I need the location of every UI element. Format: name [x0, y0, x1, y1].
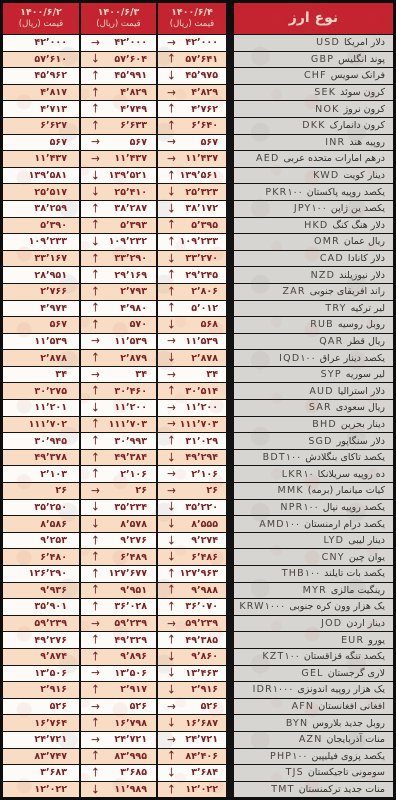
price-cell-day2: → ۲۶: [81, 483, 158, 499]
table-row: ۱۲۶٬۲۹۰ ↑ ۱۲۷٬۶۷۷ ↑ ۱۲۷٬۹۶۳ THB۱۰۰ یکصد …: [3, 565, 393, 582]
price-cell-day1: ۵۶۷: [3, 317, 81, 333]
price-value-day1: ۳٬۶۸۳: [40, 767, 67, 778]
trend-same-icon: →: [91, 152, 100, 166]
table-row: ۳۰٬۹۴۵ ↑ ۳۰٬۹۹۳ ↑ ۳۱٬۰۲۹ SGD دلار سنگاپو…: [3, 432, 393, 449]
table-row: ۴۹٬۲۷۶ ↑ ۴۹٬۳۲۹ ↑ ۴۹٬۳۸۵ EUR یورو: [3, 631, 393, 648]
price-cell-day3: → ۱۱٬۴۳۷: [158, 151, 228, 167]
currency-code: AFN: [292, 701, 315, 712]
trend-down-icon: ↓: [167, 650, 176, 664]
currency-name: یکصد ین ژاپن: [331, 203, 385, 214]
header-price-label-3: قیمت (ریال): [170, 19, 214, 30]
price-value-day3: ۳۰٬۵۱۴: [185, 386, 218, 397]
currency-cell: BDT۱۰۰ یکصد تاکای بنگلادش: [228, 450, 393, 466]
price-value-day2: ۱۱٬۴۳۷: [114, 153, 147, 164]
price-cell-day1: ۱۳۹٬۵۸۱: [3, 168, 81, 184]
price-value-day2: ۱۲۷٬۶۷۷: [109, 568, 147, 579]
price-value-day2: ۲٬۷۹۳: [120, 286, 147, 297]
currency-code: DKK: [302, 120, 325, 131]
price-value-day2: ۸۳٬۹۹۵: [114, 751, 147, 762]
price-value-day1: ۱۳۹٬۵۸۱: [29, 170, 67, 181]
currency-name: یکصد تنگه قزاقستان: [304, 651, 385, 662]
trend-up-icon: ↑: [91, 384, 100, 398]
price-value-day3: ۵۹٬۲۳۹: [185, 618, 218, 629]
currency-code: ZAR: [282, 286, 305, 297]
currency-code: USD: [316, 37, 340, 48]
price-value-day3: ۴۲٬۰۰۰: [185, 37, 218, 48]
trend-same-icon: →: [91, 666, 100, 680]
price-cell-day3: → ۳۴: [158, 367, 228, 383]
trend-down-icon: ↓: [167, 716, 176, 730]
currency-cell: CAD دلار کانادا: [228, 251, 393, 267]
trend-down-icon: ↓: [167, 451, 176, 465]
currency-name: درهم امارات متحده عربی: [283, 153, 385, 164]
price-cell-day3: → ۱۱٬۵۳۹: [158, 334, 228, 350]
price-cell-day1: ۱۶٬۷۶۴: [3, 715, 81, 731]
currency-cell: USD دلار امریکا: [228, 35, 393, 51]
currency-cell: TJS سومونی تاجیکستان: [228, 765, 393, 781]
price-cell-day1: ۳۵٬۲۵۰: [3, 500, 81, 516]
currency-name: دینار بحرین: [341, 419, 385, 430]
trend-up-icon: ↑: [91, 633, 100, 647]
price-cell-day1: ۲۸٬۹۵۱: [3, 267, 81, 283]
price-value-day1: ۵۷٬۶۱۰: [34, 54, 67, 65]
price-cell-day2: ↑ ۴۹٬۳۸۴: [81, 450, 158, 466]
currency-code: KZT۱۰۰: [262, 651, 299, 662]
currency-code: MMK: [278, 485, 304, 496]
price-value-day1: ۵۶۷: [50, 319, 67, 330]
price-cell-day2: ↑ ۴٬۸۲۹: [81, 85, 158, 101]
price-value-day1: ۴٬۸۱۷: [40, 87, 67, 98]
table-row: ۴٬۸۱۷ ↑ ۴٬۸۲۹ → ۴٬۸۲۹ SEK کرون سوئد: [3, 84, 393, 101]
currency-code: THB۱۰۰: [282, 568, 320, 579]
price-value-day1: ۴۵٬۹۶۲: [34, 70, 67, 81]
price-value-day3: ۲٬۸۷۸: [191, 353, 218, 364]
currency-cell: SAR ریال سعودی: [228, 400, 393, 416]
price-cell-day1: ۱۱۱٬۷۰۲: [3, 417, 81, 433]
currency-code: TMT: [271, 784, 294, 795]
price-value-day3: ۱۱٬۴۳۷: [185, 153, 218, 164]
currency-code: AUD: [309, 386, 333, 397]
currency-name: دلار نیوزیلند: [339, 270, 385, 281]
currency-cell: MYR رینگیت مالزی: [228, 583, 393, 599]
table-row: ۳۳٬۱۶۷ ↑ ۳۳٬۲۹۰ ↓ ۳۳٬۲۷۰ CAD دلار کانادا: [3, 250, 393, 267]
trend-down-icon: ↓: [167, 517, 176, 531]
currency-cell: DKK کرون دانمارک: [228, 118, 393, 134]
currency-name: ریال عمان: [344, 236, 385, 247]
table-row: ۶٬۶۲۷ ↑ ۶٬۶۳۳ ↑ ۶٬۶۴۰ DKK کرون دانمارک: [3, 117, 393, 134]
price-cell-day2: ↑ ۲٬۸۷۹: [81, 350, 158, 366]
currency-name: دلار استرالیا: [338, 386, 385, 397]
price-cell-day2: ↑ ۲٬۷۹۳: [81, 284, 158, 300]
price-cell-day2: ↑ ۳۰٬۹۹۳: [81, 433, 158, 449]
trend-up-icon: ↑: [91, 119, 100, 133]
trend-up-icon: ↑: [91, 451, 100, 465]
price-cell-day1: ۴۲٬۰۰۰: [3, 35, 81, 51]
price-value-day1: ۱۱۱٬۷۰۲: [29, 419, 67, 430]
currency-name: ده روپیه سریلانکا: [318, 469, 385, 480]
price-value-day1: ۱۲۶٬۲۹۰: [29, 568, 67, 579]
currency-cell: LYD دینار لیبی: [228, 533, 393, 549]
currency-cell: KZT۱۰۰ یکصد تنگه قزاقستان: [228, 649, 393, 665]
currency-name: یکصد روپیه پاکستان: [307, 187, 385, 198]
trend-down-icon: ↓: [167, 69, 176, 83]
trend-up-icon: ↑: [91, 69, 100, 83]
currency-cell: AZN منات آذربایجان: [228, 732, 393, 748]
price-cell-day2: → ۵۶۷: [81, 135, 158, 151]
price-value-day2: ۱۳۹٬۵۲۱: [109, 170, 147, 181]
price-value-day2: ۳۳٬۲۹۰: [114, 253, 147, 264]
price-cell-day1: ۳۸٬۲۵۹: [3, 201, 81, 217]
price-value-day2: ۵۷٬۶۰۴: [114, 54, 147, 65]
price-cell-day3: ↑ ۱۲۷٬۹۶۳: [158, 566, 228, 582]
currency-name: دلار هنگ کنگ: [332, 220, 385, 231]
price-value-day3: ۳۸٬۱۷۲: [185, 203, 218, 214]
price-value-day2: ۲۴٬۷۲۱: [114, 734, 147, 745]
currency-cell: HKD دلار هنگ کنگ: [228, 218, 393, 234]
price-value-day3: ۱۳٬۴۶۳: [185, 668, 218, 679]
price-value-day3: ۱۰۹٬۲۳۳: [180, 236, 218, 247]
price-cell-day1: ۶٬۴۸۰: [3, 549, 81, 565]
price-value-day2: ۵۷۰: [130, 319, 147, 330]
currency-cell: ZAR راند افریقای جنوبی: [228, 284, 393, 300]
currency-cell: JOD دینار اردن: [228, 616, 393, 632]
trend-up-icon: ↑: [167, 285, 176, 299]
currency-code: INR: [325, 137, 345, 148]
price-value-day2: ۳۰٬۹۹۳: [114, 436, 147, 447]
price-cell-day1: ۵۹٬۲۳۹: [3, 616, 81, 632]
price-cell-day2: ↑ ۳۸٬۲۸۷: [81, 201, 158, 217]
price-value-day3: ۶٬۶۴۰: [191, 120, 218, 131]
trend-down-icon: ↓: [91, 517, 100, 531]
trend-down-icon: ↓: [167, 683, 176, 697]
currency-name: دلار امریکا: [344, 37, 385, 48]
currency-name: یکصد روپیه نپال: [323, 502, 385, 513]
currency-cell: GBP پوند انگلیس: [228, 52, 393, 68]
currency-name: دینار اردن: [346, 618, 385, 629]
price-value-day1: ۶٬۶۲۷: [40, 120, 67, 131]
price-cell-day3: ↑ ۳۰٬۵۱۴: [158, 383, 228, 399]
trend-same-icon: →: [167, 36, 176, 50]
trend-same-icon: →: [167, 418, 176, 432]
trend-down-icon: ↓: [167, 318, 176, 332]
price-value-day1: ۵۲۶: [50, 701, 67, 712]
trend-up-icon: ↑: [91, 467, 100, 481]
price-cell-day1: ۵۷٬۶۱۰: [3, 52, 81, 68]
price-cell-day1: ۲۴٬۷۲۱: [3, 732, 81, 748]
price-value-day3: ۱۳۹٬۵۶۱: [180, 170, 218, 181]
price-value-day2: ۱۱۱٬۷۰۳: [109, 419, 147, 430]
currency-name: کیات میانمار (برمه): [308, 485, 385, 496]
currency-type-title: نوع ارز: [289, 10, 338, 28]
price-value-day2: ۹٬۲۷۶: [120, 535, 147, 546]
trend-down-icon: ↓: [167, 666, 176, 680]
currency-code: KWD: [313, 170, 339, 181]
price-cell-day1: ۴۵٬۹۶۲: [3, 68, 81, 84]
price-cell-day3: ↑ ۲٬۸۰۶: [158, 284, 228, 300]
price-cell-day3: ↑ ۲۹٬۲۴۵: [158, 267, 228, 283]
price-value-day3: ۲۹٬۲۴۵: [185, 270, 218, 281]
trend-up-icon: ↑: [91, 418, 100, 432]
table-row: ۱۳٬۵۰۶ → ۱۳٬۵۰۶ ↓ ۱۳٬۴۶۳ GEL لاری گرجستا…: [3, 665, 393, 682]
header-date-col-3: ۱۴۰۰/۶/۴ قیمت (ریال): [158, 3, 228, 34]
price-cell-day2: → ۴۲٬۰۰۰: [81, 35, 158, 51]
trend-up-icon: ↑: [167, 633, 176, 647]
currency-cell: SEK کرون سوئد: [228, 85, 393, 101]
currency-code: NPR۱۰۰: [280, 502, 318, 513]
currency-code: JPY۱۰۰: [294, 203, 327, 214]
currency-code: LKR۱۰: [282, 469, 314, 480]
trend-same-icon: →: [167, 617, 176, 631]
price-cell-day1: ۵٬۳۹۰: [3, 218, 81, 234]
price-cell-day2: ↑ ۴٬۷۴۹: [81, 101, 158, 117]
header-date-2: ۱۴۰۰/۶/۳: [98, 7, 140, 19]
table-row: ۲٬۱۰۳ ↑ ۲٬۱۰۶ → ۲٬۱۰۶ LKR۱۰ ده روپیه سری…: [3, 465, 393, 482]
price-value-day1: ۱۱٬۵۳۹: [34, 336, 67, 347]
price-cell-day3: ↓ ۱۳٬۴۶۳: [158, 666, 228, 682]
price-cell-day2: → ۲۴٬۷۲۱: [81, 732, 158, 748]
price-value-day2: ۵۶۷: [130, 137, 147, 148]
currency-code: MYR: [303, 585, 327, 596]
price-value-day1: ۱۲٬۰۲۲: [34, 784, 67, 795]
trend-up-icon: ↑: [167, 235, 176, 249]
currency-code: AMD۱۰۰: [259, 519, 300, 530]
price-cell-day1: ۳۳٬۱۶۷: [3, 251, 81, 267]
price-cell-day3: → ۲۴٬۷۲۱: [158, 732, 228, 748]
price-cell-day2: ↑ ۴۵٬۹۹۱: [81, 68, 158, 84]
currency-code: IDR۱۰۰۰: [253, 684, 294, 695]
currency-rates-table: ۱۴۰۰/۶/۲ قیمت (ریال) ۱۴۰۰/۶/۳ قیمت (ریال…: [0, 0, 396, 800]
currency-code: CHF: [304, 70, 327, 81]
price-value-day1: ۵۹٬۲۳۹: [34, 618, 67, 629]
currency-cell: SGD دلار سنگاپور: [228, 433, 393, 449]
trend-same-icon: →: [167, 335, 176, 349]
currency-cell: CNY یوان چین: [228, 549, 393, 565]
currency-code: CNY: [322, 552, 345, 563]
price-value-day1: ۱۶٬۷۶۴: [34, 718, 67, 729]
currency-name: دینار کویت: [343, 170, 385, 181]
price-cell-day2: ↑ ۴٬۹۸۰: [81, 301, 158, 317]
price-value-day1: ۹٬۲۵۳: [40, 535, 67, 546]
price-value-day2: ۳۶٬۰۲۸: [114, 601, 147, 612]
table-row: ۹٬۲۵۳ ↑ ۹٬۲۷۶ ↓ ۹٬۲۷۴ LYD دینار لیبی: [3, 532, 393, 549]
currency-cell: AMD۱۰۰ یکصد درام ارمنستان: [228, 516, 393, 532]
price-cell-day1: ۳۵٬۹۰۱: [3, 599, 81, 615]
price-cell-day1: ۳۴: [3, 367, 81, 383]
price-cell-day2: ↑ ۱۶٬۷۹۸: [81, 715, 158, 731]
trend-up-icon: ↑: [91, 749, 100, 763]
price-cell-day2: → ۱۱٬۵۳۹: [81, 334, 158, 350]
header-price-label-1: قیمت (ریال): [19, 19, 63, 30]
trend-up-icon: ↑: [91, 683, 100, 697]
trend-up-icon: ↑: [91, 550, 100, 564]
trend-up-icon: ↑: [167, 384, 176, 398]
price-cell-day3: → ۲۶: [158, 483, 228, 499]
price-cell-day3: → ۱۱٬۲۰۰: [158, 400, 228, 416]
price-value-day3: ۶٬۴۸۶: [191, 552, 218, 563]
price-cell-day2: ↑ ۹٬۸۹۶: [81, 649, 158, 665]
currency-cell: AED درهم امارات متحده عربی: [228, 151, 393, 167]
currency-name: یورو: [368, 635, 385, 646]
price-value-day2: ۱۶٬۷۹۸: [114, 718, 147, 729]
price-cell-day1: ۸٬۵۸۶: [3, 516, 81, 532]
price-cell-day1: ۹٬۲۵۳: [3, 533, 81, 549]
currency-name: لیر ترکیه: [351, 303, 385, 314]
price-value-day1: ۵۶۷: [50, 137, 67, 148]
table-row: ۵٬۳۹۰ ↑ ۵٬۳۹۳ ↑ ۵٬۳۹۵ HKD دلار هنگ کنگ: [3, 217, 393, 234]
price-value-day1: ۲٬۹۱۶: [40, 684, 67, 695]
trend-same-icon: →: [91, 733, 100, 747]
currency-cell: IQD۱۰۰ یکصد دینار عراق: [228, 350, 393, 366]
price-cell-day1: ۲٬۷۶۶: [3, 284, 81, 300]
trend-up-icon: ↑: [167, 783, 176, 797]
price-value-day1: ۲٬۱۰۳: [40, 469, 67, 480]
currency-cell: IDR۱۰۰۰ یک هزار روپیه اندونزی: [228, 682, 393, 698]
price-cell-day3: ↑ ۴٬۷۶۲: [158, 101, 228, 117]
price-value-day3: ۴٬۷۶۲: [191, 104, 218, 115]
price-value-day2: ۳۵٬۲۳۴: [114, 502, 147, 513]
table-row: ۱۱٬۵۳۹ → ۱۱٬۵۳۹ → ۱۱٬۵۳۹ QAR ریال قطر: [3, 333, 393, 350]
currency-cell: KWD دینار کویت: [228, 168, 393, 184]
currency-cell: RUB روبل روسیه: [228, 317, 393, 333]
currency-cell: PHP۱۰۰ یکصد پزوی فیلیپین: [228, 749, 393, 765]
table-row: ۲٬۸۷۸ ↑ ۲٬۸۷۹ ↓ ۲٬۸۷۸ IQD۱۰۰ یکصد دینار …: [3, 349, 393, 366]
price-value-day3: ۲۶: [206, 485, 218, 496]
table-row: ۳۵٬۹۰۱ ↑ ۳۶٬۰۲۸ ↑ ۳۶٬۰۷۰ KRW۱۰۰۰ یک هزار…: [3, 598, 393, 615]
price-cell-day1: ۱۱٬۲۰۱: [3, 400, 81, 416]
currency-code: GEL: [301, 668, 323, 679]
header-date-col-1: ۱۴۰۰/۶/۲ قیمت (ریال): [3, 3, 81, 34]
trend-down-icon: ↓: [167, 252, 176, 266]
price-cell-day2: ↑ ۸۳٬۹۹۵: [81, 749, 158, 765]
price-cell-day2: ↑ ۲٬۱۰۶: [81, 466, 158, 482]
price-value-day3: ۱۱٬۵۳۹: [185, 336, 218, 347]
price-cell-day2: ↑ ۱۱۱٬۷۰۳: [81, 417, 158, 433]
trend-down-icon: ↓: [91, 501, 100, 515]
price-cell-day1: ۸۳٬۷۴۷: [3, 749, 81, 765]
price-cell-day1: ۴۹٬۳۷۸: [3, 450, 81, 466]
price-cell-day3: ↑ ۱۳۹٬۵۶۱: [158, 168, 228, 184]
price-value-day3: ۸٬۵۵۵: [191, 519, 218, 530]
price-value-day2: ۴٬۷۴۹: [120, 104, 147, 115]
currency-cell: PKR۱۰۰ یکصد روپیه پاکستان: [228, 184, 393, 200]
trend-same-icon: →: [167, 135, 176, 149]
price-value-day1: ۱۱٬۴۳۷: [34, 153, 67, 164]
currency-name: یک هزار روپیه اندونزی: [297, 684, 385, 695]
trend-same-icon: →: [91, 368, 100, 382]
currency-code: NOK: [315, 104, 339, 115]
table-row: ۹٬۹۳۶ ↑ ۹٬۹۵۱ ↑ ۹٬۹۸۸ MYR رینگیت مالزی: [3, 582, 393, 599]
price-cell-day3: → ۴٬۸۲۹: [158, 85, 228, 101]
trend-up-icon: ↑: [167, 301, 176, 315]
currency-name: کرون دانمارک: [330, 120, 385, 131]
currency-cell: INR روپیه هند: [228, 135, 393, 151]
price-cell-day3: ↓ ۵۶۸: [158, 317, 228, 333]
trend-down-icon: ↓: [167, 534, 176, 548]
price-cell-day1: ۴٬۸۱۷: [3, 85, 81, 101]
price-value-day1: ۱۳٬۵۰۶: [34, 668, 67, 679]
trend-up-icon: ↑: [91, 650, 100, 664]
price-value-day2: ۴۹٬۳۸۴: [114, 452, 147, 463]
price-cell-day3: ↓ ۹٬۲۷۴: [158, 533, 228, 549]
table-header: ۱۴۰۰/۶/۲ قیمت (ریال) ۱۴۰۰/۶/۳ قیمت (ریال…: [3, 3, 393, 34]
price-value-day3: ۵۷٬۶۴۱: [185, 54, 218, 65]
currency-code: BYN: [286, 718, 309, 729]
price-cell-day1: ۲۶: [3, 483, 81, 499]
header-date-col-2: ۱۴۰۰/۶/۳ قیمت (ریال): [81, 3, 158, 34]
currency-name: سومونی تاجیکستان: [308, 767, 385, 778]
currency-cell: AUD دلار استرالیا: [228, 383, 393, 399]
trend-same-icon: →: [167, 152, 176, 166]
price-cell-day1: ۴٬۹۷۴: [3, 301, 81, 317]
table-row: ۵۶۷ ↑ ۵۷۰ ↓ ۵۶۸ RUB روبل روسیه: [3, 316, 393, 333]
trend-same-icon: →: [91, 36, 100, 50]
price-cell-day2: ↑ ۴۹٬۳۲۹: [81, 632, 158, 648]
trend-down-icon: ↓: [91, 783, 100, 797]
price-cell-day2: ↑ ۲۹٬۱۶۹: [81, 267, 158, 283]
price-cell-day3: → ۴۲٬۰۰۰: [158, 35, 228, 51]
currency-code: JOD: [321, 618, 342, 629]
price-value-day3: ۱۲٬۰۲۲: [185, 784, 218, 795]
currency-code: SGD: [308, 436, 332, 447]
price-cell-day2: ↓ ۱۱٬۲۰۰: [81, 400, 158, 416]
price-cell-day2: ↓ ۳۵٬۲۳۴: [81, 500, 158, 516]
price-value-day1: ۸٬۵۸۶: [40, 519, 67, 530]
price-cell-day3: ↑ ۱۰۹٬۲۳۳: [158, 234, 228, 250]
price-value-day1: ۳۵٬۹۰۱: [34, 601, 67, 612]
price-value-day3: ۱۱٬۲۰۰: [185, 402, 218, 413]
currency-cell: QAR ریال قطر: [228, 334, 393, 350]
currency-name: یک هزار وون کره جنوبی: [289, 601, 385, 612]
price-value-day3: ۲۵٬۳۲۳: [185, 187, 218, 198]
price-value-day2: ۴٬۸۲۹: [120, 87, 147, 98]
price-value-day1: ۱۱٬۲۰۱: [34, 402, 67, 413]
trend-up-icon: ↑: [167, 434, 176, 448]
price-cell-day1: ۵۲۶: [3, 699, 81, 715]
table-row: ۹٬۸۷۴ ↑ ۹٬۸۹۶ ↓ ۹٬۸۶۰ KZT۱۰۰ یکصد تنگه ق…: [3, 648, 393, 665]
trend-up-icon: ↑: [91, 716, 100, 730]
price-cell-day1: ۳۰٬۹۴۵: [3, 433, 81, 449]
trend-down-icon: ↓: [167, 550, 176, 564]
price-value-day1: ۲٬۸۷۸: [40, 353, 67, 364]
currency-name: دلار کانادا: [348, 253, 385, 264]
price-value-day1: ۲۵٬۵۱۷: [34, 187, 67, 198]
trend-up-icon: ↑: [167, 268, 176, 282]
currency-cell: BHD دینار بحرین: [228, 417, 393, 433]
table-row: ۱۱٬۴۳۷ → ۱۱٬۴۳۷ → ۱۱٬۴۳۷ AED درهم امارات…: [3, 150, 393, 167]
price-value-day3: ۳٬۶۸۴: [191, 767, 218, 778]
price-value-day3: ۳۳٬۲۷۰: [185, 253, 218, 264]
trend-up-icon: ↑: [91, 202, 100, 216]
currency-name: یکصد پزوی فیلیپین: [312, 751, 385, 762]
price-value-day2: ۴۲٬۰۰۰: [114, 37, 147, 48]
currency-name: روبل روسیه: [338, 319, 385, 330]
price-value-day2: ۱۱٬۹۸۹: [114, 784, 147, 795]
price-cell-day1: ۱۰۹٬۲۳۳: [3, 234, 81, 250]
price-cell-day3: ↓ ۳۸٬۱۷۲: [158, 201, 228, 217]
currency-code: GBP: [311, 54, 334, 65]
trend-up-icon: ↑: [167, 749, 176, 763]
currency-cell: OMR ریال عمان: [228, 234, 393, 250]
price-value-day3: ۴۹٬۳۸۵: [185, 635, 218, 646]
trend-up-icon: ↑: [91, 434, 100, 448]
price-value-day3: ۱۱۱٬۷۰۳: [180, 419, 218, 430]
table-row: ۱۱۱٬۷۰۲ ↑ ۱۱۱٬۷۰۳ → ۱۱۱٬۷۰۳ BHD دینار بح…: [3, 416, 393, 433]
trend-up-icon: ↑: [167, 583, 176, 597]
price-value-day1: ۴۹٬۳۷۸: [34, 452, 67, 463]
price-cell-day3: ↓ ۴۵٬۹۷۵: [158, 68, 228, 84]
price-value-day1: ۴۲٬۰۰۰: [34, 37, 67, 48]
trend-same-icon: →: [91, 617, 100, 631]
